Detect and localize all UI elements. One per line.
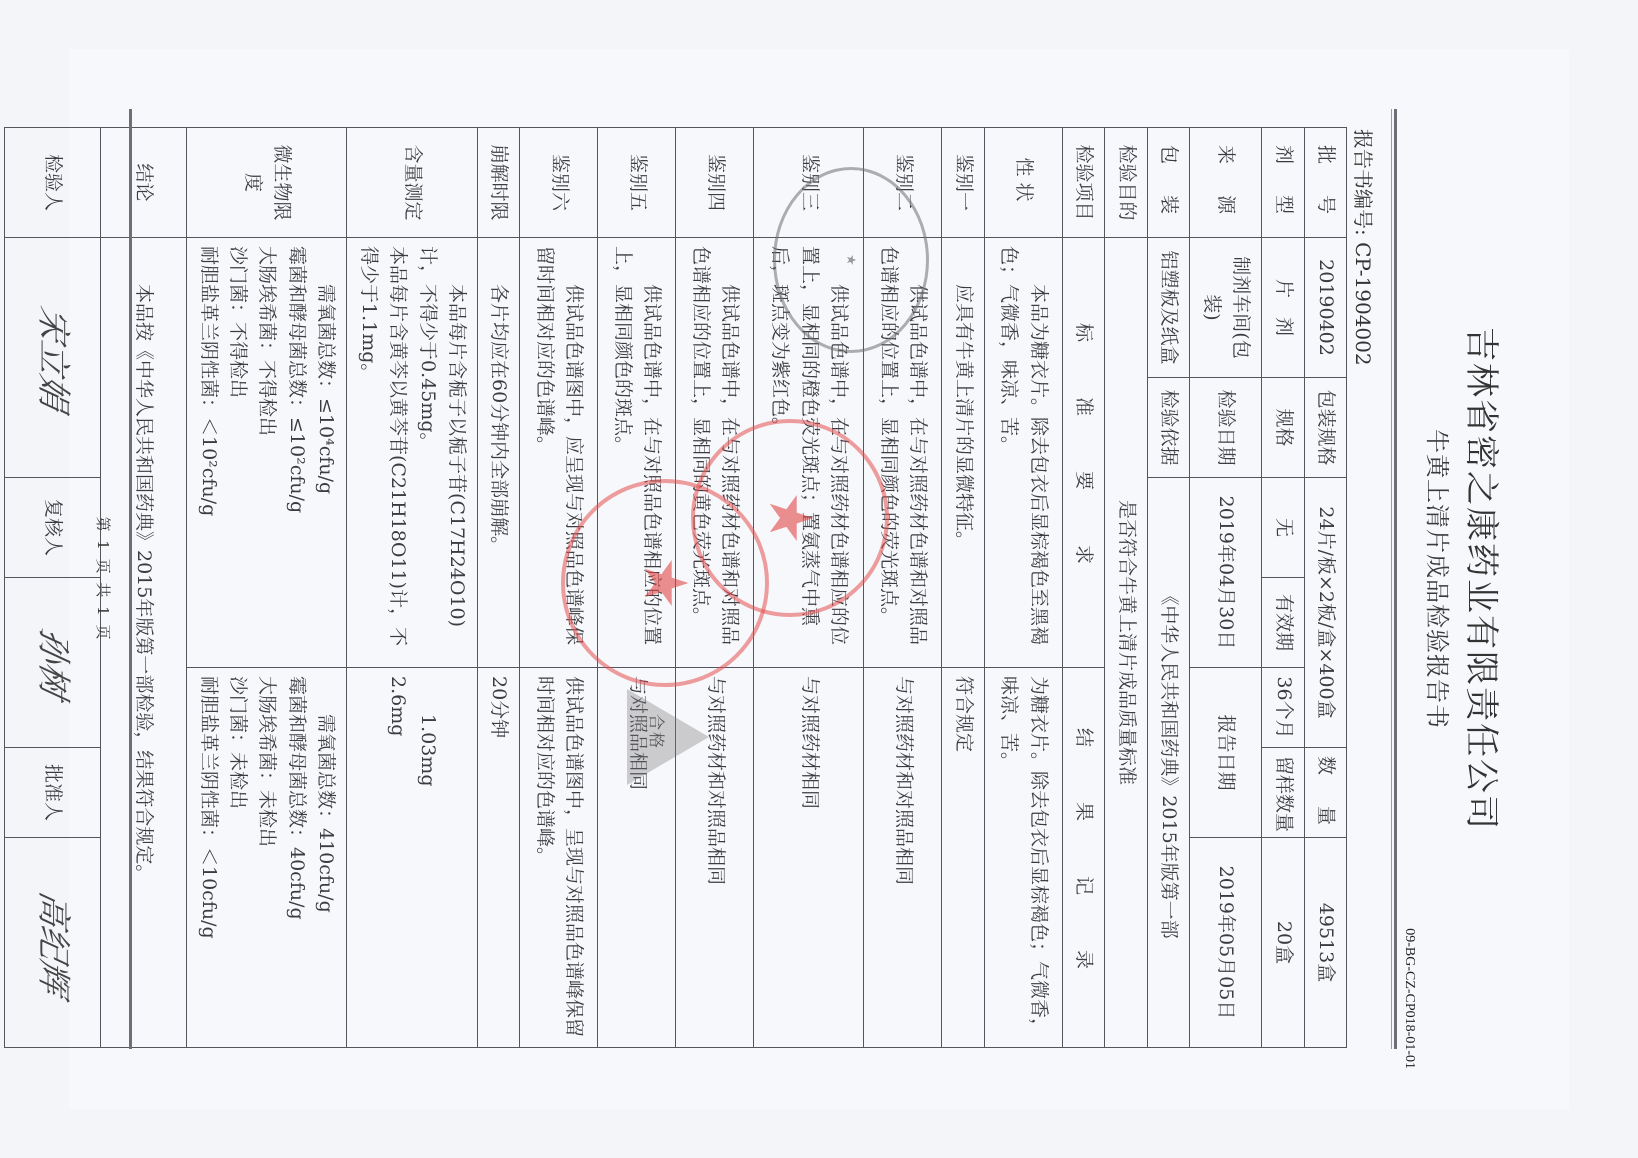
retain-label: 留样数量 xyxy=(1262,748,1304,838)
row-result: 与对照药材相同 xyxy=(754,668,864,1048)
row-item: 鉴别五 xyxy=(598,128,676,238)
row-item: 鉴别四 xyxy=(676,128,754,238)
page-info: 第 1 页 共 1 页 xyxy=(93,49,114,1109)
report-number-label: 报告书编号: xyxy=(1351,129,1375,236)
report-number-value: CP-1904002 xyxy=(1351,242,1375,366)
reviewer-label: 复核人 xyxy=(5,478,101,578)
standard-line: 大肠埃希菌：不得检出 xyxy=(252,246,281,659)
row-result: 与对照药材和对照品相同 xyxy=(864,668,942,1048)
column-result: 结 果 记 录 xyxy=(1062,668,1104,1048)
signature-row: 检验人 宋立娟 复核人 孙树 批准人 高纪辉 xyxy=(5,128,101,1048)
standard-line: 耐胆盐革兰阴性菌：＜10²cfu/g xyxy=(193,246,222,659)
column-standard: 标 准 要 求 xyxy=(1062,238,1104,668)
approver-signature: 高纪辉 xyxy=(5,838,101,1048)
test-date-label: 检验日期 xyxy=(1190,378,1262,478)
table-row: 性状 本品为糖衣片。除去包衣后显棕褐色至黑褐色；气微香，味凉、苦。 为糖衣片。除… xyxy=(984,128,1062,1048)
quantity-label: 数 量 xyxy=(1304,748,1346,838)
footer-rule xyxy=(129,109,132,1049)
result-line: 1.03mg xyxy=(412,676,441,1039)
row-result: 为糖衣片。除去包衣后显棕褐色；气微香，味凉、苦。 xyxy=(984,668,1062,1048)
row-standard: 各片均应在60分钟内全部崩解。 xyxy=(478,238,520,668)
batch-label: 批 号 xyxy=(1304,128,1346,238)
row-result: 需氧菌总数：410cfu/g 霉菌和酵母菌总数：40cfu/g 大肠埃希菌：未检… xyxy=(187,668,347,1048)
reviewer-signature: 孙树 xyxy=(5,578,101,748)
validity-label: 有效期 xyxy=(1262,578,1304,668)
table-row: 崩解时限 各片均应在60分钟内全部崩解。 20分钟 xyxy=(478,128,520,1048)
red-seal-stamp-secondary: ★ xyxy=(561,479,769,687)
form-code: 09-BG-CZ-CP018-01-01 xyxy=(1401,928,1417,1069)
report-date-label: 报告日期 xyxy=(1190,668,1262,838)
package-value: 铝塑板及纸盒 xyxy=(1147,238,1189,378)
column-item: 检验项目 xyxy=(1062,128,1104,238)
row-result: 20分钟 xyxy=(478,668,520,1048)
row-item: 性状 xyxy=(984,128,1062,238)
table-row: 微生物限度 需氧菌总数：≤10⁴cfu/g 霉菌和酵母菌总数：≤10²cfu/g… xyxy=(187,128,347,1048)
table-row: 含量测定 本品每片含栀子以栀子苷(C17H24O10)计，不得少于0.45mg。… xyxy=(347,128,478,1048)
report-date-value: 2019年05月05日 xyxy=(1190,838,1262,1048)
report-page: 吉林省密之康药业有限责任公司 牛黄上清片成品检验报告书 09-BG-CZ-CP0… xyxy=(69,49,1569,1109)
info-row-source: 来 源 制剂车间(包装) 检验日期 2019年04月30日 报告日期 2019年… xyxy=(1190,128,1262,1048)
spec-label: 规格 xyxy=(1262,378,1304,478)
row-item: 崩解时限 xyxy=(478,128,520,238)
pass-stamp-label: 合格 xyxy=(646,714,669,750)
columns-header-row: 检验项目 标 准 要 求 结 果 记 录 xyxy=(1062,128,1104,1048)
row-standard: 需氧菌总数：≤10⁴cfu/g 霉菌和酵母菌总数：≤10²cfu/g 大肠埃希菌… xyxy=(187,238,347,668)
batch-value: 20190402 xyxy=(1304,238,1346,378)
result-line: 霉菌和酵母菌总数：40cfu/g xyxy=(281,676,310,1039)
row-item: 鉴别一 xyxy=(942,128,984,238)
quantity-value: 49513盒 xyxy=(1304,838,1346,1048)
basis-value: 《中华人民共和国药典》2015年版第一部 xyxy=(1147,478,1189,1048)
test-date-value: 2019年04月30日 xyxy=(1190,478,1262,668)
source-label: 来 源 xyxy=(1190,128,1262,238)
company-name: 吉林省密之康药业有限责任公司 xyxy=(1460,49,1509,1109)
result-line: 2.6mg xyxy=(383,676,412,1039)
info-row-batch: 批 号 20190402 包装规格 24片/板×2板/盒×400盒 数 量 49… xyxy=(1304,128,1346,1048)
result-line: 耐胆盐革兰阴性菌：＜10cfu/g xyxy=(193,676,222,1039)
report-number: 报告书编号: CP-1904002 xyxy=(1350,129,1379,366)
row-item: 微生物限度 xyxy=(187,128,347,238)
spec-value: 无 xyxy=(1262,478,1304,578)
gray-seal-stamp: ★ xyxy=(773,167,929,353)
row-standard: 本品为糖衣片。除去包衣后显棕褐色至黑褐色；气微香，味凉、苦。 xyxy=(984,238,1062,668)
info-row-package: 包 装 铝塑板及纸盒 检验依据 《中华人民共和国药典》2015年版第一部 xyxy=(1147,128,1189,1048)
dosage-value: 片 剂 xyxy=(1262,238,1304,378)
info-row-purpose: 检验目的 是否符合牛黄上清片成品质量标准 xyxy=(1105,128,1147,1048)
purpose-label: 检验目的 xyxy=(1105,128,1147,238)
header-rule-thin xyxy=(1391,109,1392,1049)
header-rule xyxy=(1394,109,1397,1049)
standard-line: 霉菌和酵母菌总数：≤10²cfu/g xyxy=(281,246,310,659)
package-label: 包 装 xyxy=(1147,128,1189,238)
row-result: 供试品色谱图中，呈现与对照品色谱峰保留时间相对应的色谱峰。 xyxy=(520,668,598,1048)
result-line: 需氧菌总数：410cfu/g xyxy=(311,676,340,1039)
info-row-dosage: 剂 型 片 剂 规格 无 有效期 36个月 留样数量 20盒 xyxy=(1262,128,1304,1048)
row-item: 鉴别六 xyxy=(520,128,598,238)
report-title: 牛黄上清片成品检验报告书 xyxy=(1422,49,1457,1109)
retain-value: 20盒 xyxy=(1262,838,1304,1048)
validity-value: 36个月 xyxy=(1262,668,1304,748)
standard-line: 本品每片含黄芩以黄芩苷(C21H18O11)计，不得少于1.1mg。 xyxy=(353,246,412,659)
inspector-signature: 宋立娟 xyxy=(5,238,101,478)
inspector-label: 检验人 xyxy=(5,128,101,238)
row-item: 含量测定 xyxy=(347,128,478,238)
row-result: 1.03mg 2.6mg xyxy=(347,668,478,1048)
pack-spec-label: 包装规格 xyxy=(1304,378,1346,478)
purpose-value: 是否符合牛黄上清片成品质量标准 xyxy=(1105,238,1147,1048)
source-value: 制剂车间(包装) xyxy=(1190,238,1262,378)
approver-label: 批准人 xyxy=(5,748,101,838)
pack-spec-value: 24片/板×2板/盒×400盒 xyxy=(1304,478,1346,748)
standard-line: 沙门菌：不得检出 xyxy=(223,246,252,659)
dosage-label: 剂 型 xyxy=(1262,128,1304,238)
standard-line: 本品每片含栀子以栀子苷(C17H24O10)计，不得少于0.45mg。 xyxy=(412,246,471,659)
basis-label: 检验依据 xyxy=(1147,378,1189,478)
result-line: 沙门菌：未检出 xyxy=(223,676,252,1039)
result-line: 大肠埃希菌：未检出 xyxy=(252,676,281,1039)
row-result: 符合规定 xyxy=(942,668,984,1048)
table-row: 鉴别一 应具有牛黄上清片的显微特征。 符合规定 xyxy=(942,128,984,1048)
row-standard: 本品每片含栀子以栀子苷(C17H24O10)计，不得少于0.45mg。 本品每片… xyxy=(347,238,478,668)
standard-line: 需氧菌总数：≤10⁴cfu/g xyxy=(311,246,340,659)
row-standard: 应具有牛黄上清片的显微特征。 xyxy=(942,238,984,668)
